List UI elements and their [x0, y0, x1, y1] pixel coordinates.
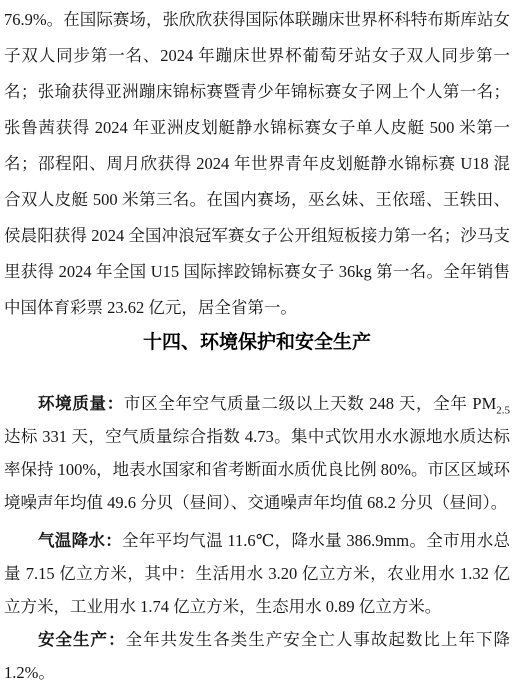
document-page: 76.9%。在国际赛场，张欣欣获得国际体联蹦床世界杯科特布斯库站女子双人同步第一… [0, 0, 515, 694]
paragraph: 76.9%。在国际赛场，张欣欣获得国际体联蹦床世界杯科特布斯库站女子双人同步第一… [4, 2, 510, 326]
section-heading: 十四、环境保护和安全生产 [4, 326, 510, 360]
paragraph-label-bold: 环境质量： [38, 394, 124, 413]
paragraph-label-bold: 安全生产： [38, 630, 126, 649]
paragraph: 环境质量：市区全年空气质量二级以上天数 248 天，全年 PM2.5 达标 33… [4, 387, 510, 519]
subscript-text: 2.5 [496, 404, 510, 416]
paragraph-text: 达标 331 天，空气质量综合指数 4.73。集中式饮用水水源地水质达标率保持 … [4, 427, 510, 512]
paragraph: 气温降水：全年平均气温 11.6℃，降水量 386.9mm。全市用水总量 7.1… [4, 524, 510, 623]
paragraph: 安全生产：全年共发生各类生产安全亡人事故起数比上年下降 1.2%。 [4, 623, 510, 689]
paragraph-text: 市区全年空气质量二级以上天数 248 天，全年 PM [124, 394, 496, 413]
paragraph-text: 76.9%。在国际赛场，张欣欣获得国际体联蹦床世界杯科特布斯库站女子双人同步第一… [4, 10, 510, 317]
paragraph-label-bold: 气温降水： [38, 531, 122, 550]
document-body: 76.9%。在国际赛场，张欣欣获得国际体联蹦床世界杯科特布斯库站女子双人同步第一… [4, 2, 510, 689]
